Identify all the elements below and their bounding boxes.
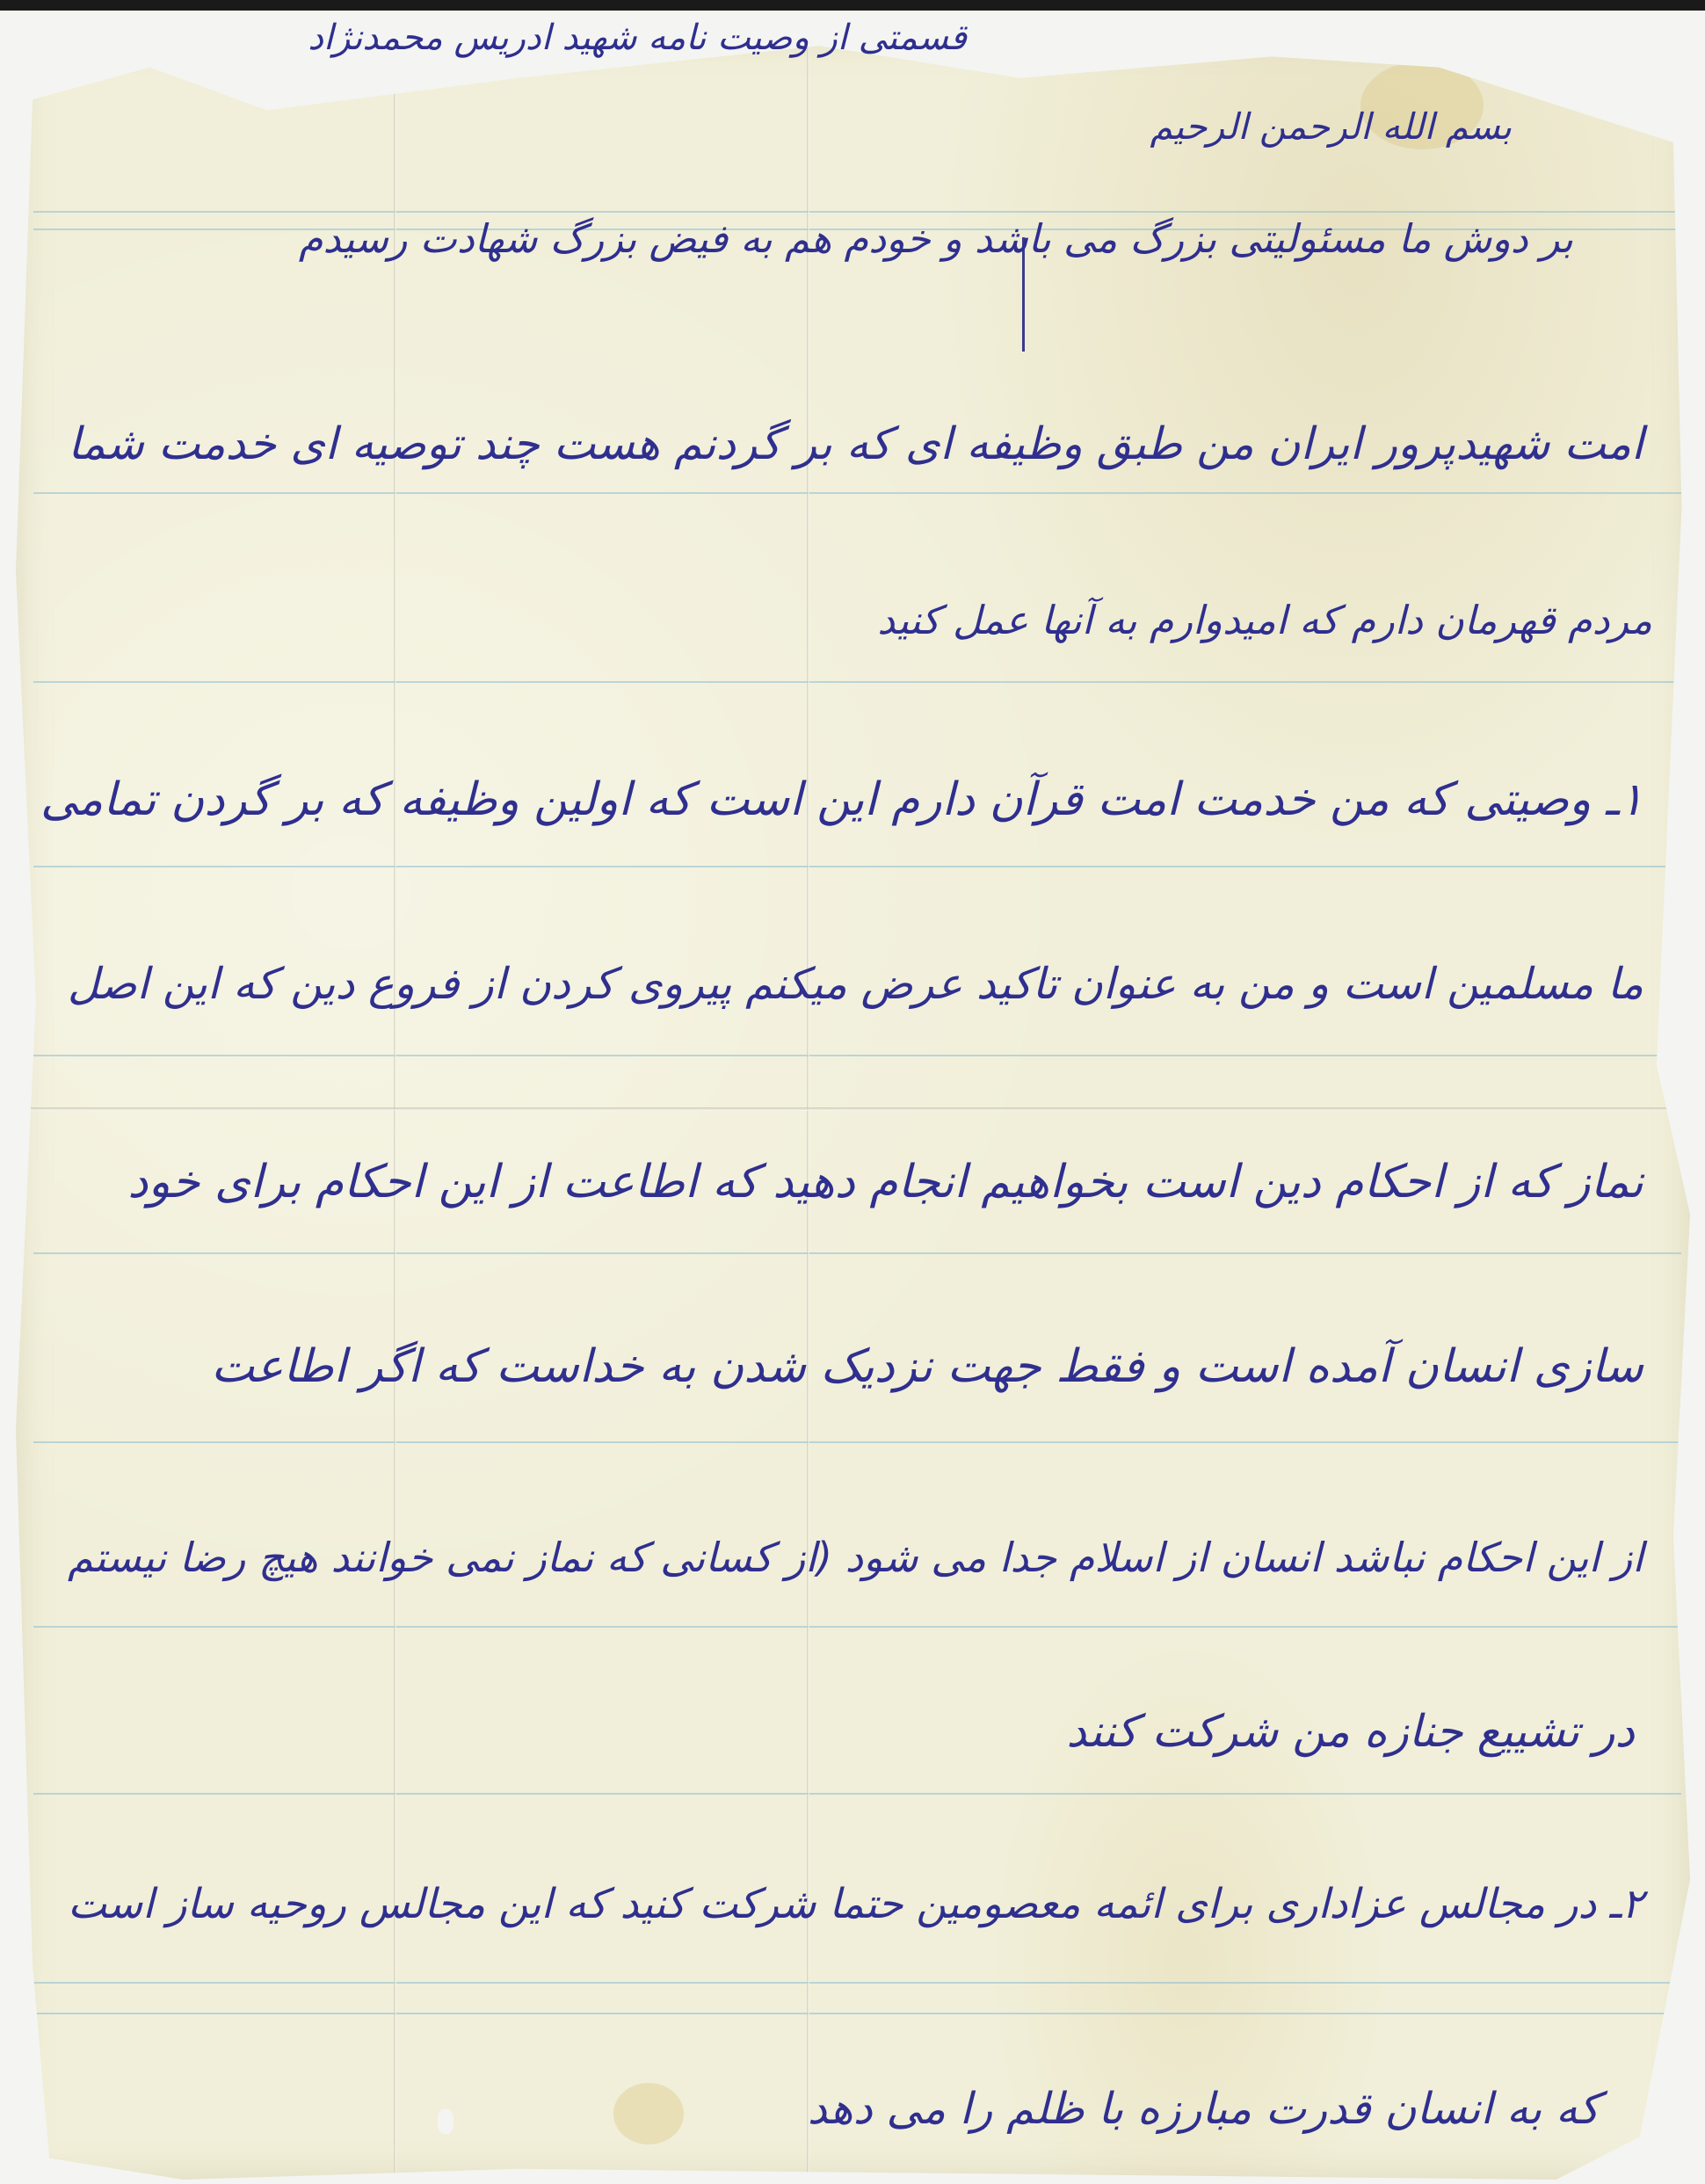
letter-line: ۱ـ وصیتی که من خدمت امت قرآن دارم این اس…: [35, 773, 1643, 826]
stain: [613, 2083, 684, 2144]
letter-paper: [16, 35, 1690, 2180]
letter-line: ما مسلمین است و من به عنوان تاکید عرض می…: [35, 958, 1643, 1009]
ruled-line: [33, 866, 1681, 867]
ruled-line: [33, 492, 1681, 494]
letter-line: که به انسان قدرت مبارزه با ظلم را می دهد: [791, 2083, 1600, 2134]
ruled-line: [33, 681, 1681, 683]
letter-line: در تشییع جنازه من شرکت کنند: [1055, 1705, 1635, 1757]
ruled-line: [33, 1793, 1681, 1795]
ruled-line: [33, 1626, 1681, 1628]
ruled-line: [33, 1982, 1681, 1984]
letter-line: سازی انسان آمده است و فقط جهت نزدیک شدن …: [35, 1340, 1643, 1393]
letter-line: امت شهیدپرور ایران من طبق وظیفه ای که بر…: [35, 417, 1643, 469]
scan-border: [0, 0, 1705, 11]
header-note: قسمتی از وصیت نامه شهید ادریس محمدنژاد: [299, 18, 967, 58]
ruled-line: [33, 211, 1681, 213]
ruled-line: [33, 1441, 1681, 1443]
letter-line: مردم قهرمان دارم که امیدوارم به آنها عمل…: [861, 598, 1652, 643]
ruled-line: [33, 1252, 1681, 1254]
ruled-line: [33, 1055, 1681, 1056]
ruled-line: [33, 2013, 1681, 2014]
letter-line: بر دوش ما مسئولیتی بزرگ می باشد و خودم ه…: [272, 215, 1573, 262]
letter-line: از این احکام نباشد انسان از اسلام جدا می…: [35, 1534, 1643, 1581]
paper-fold: [16, 1107, 1690, 1111]
letter-line: ۲ـ در مجالس عزاداری برای ائمه معصومین حت…: [35, 1881, 1643, 1928]
paper-hole: [438, 2109, 453, 2134]
basmala: بسم الله الرحمن الرحیم: [1143, 105, 1512, 148]
letter-line: نماز که از احکام دین است بخواهیم انجام د…: [35, 1156, 1643, 1208]
